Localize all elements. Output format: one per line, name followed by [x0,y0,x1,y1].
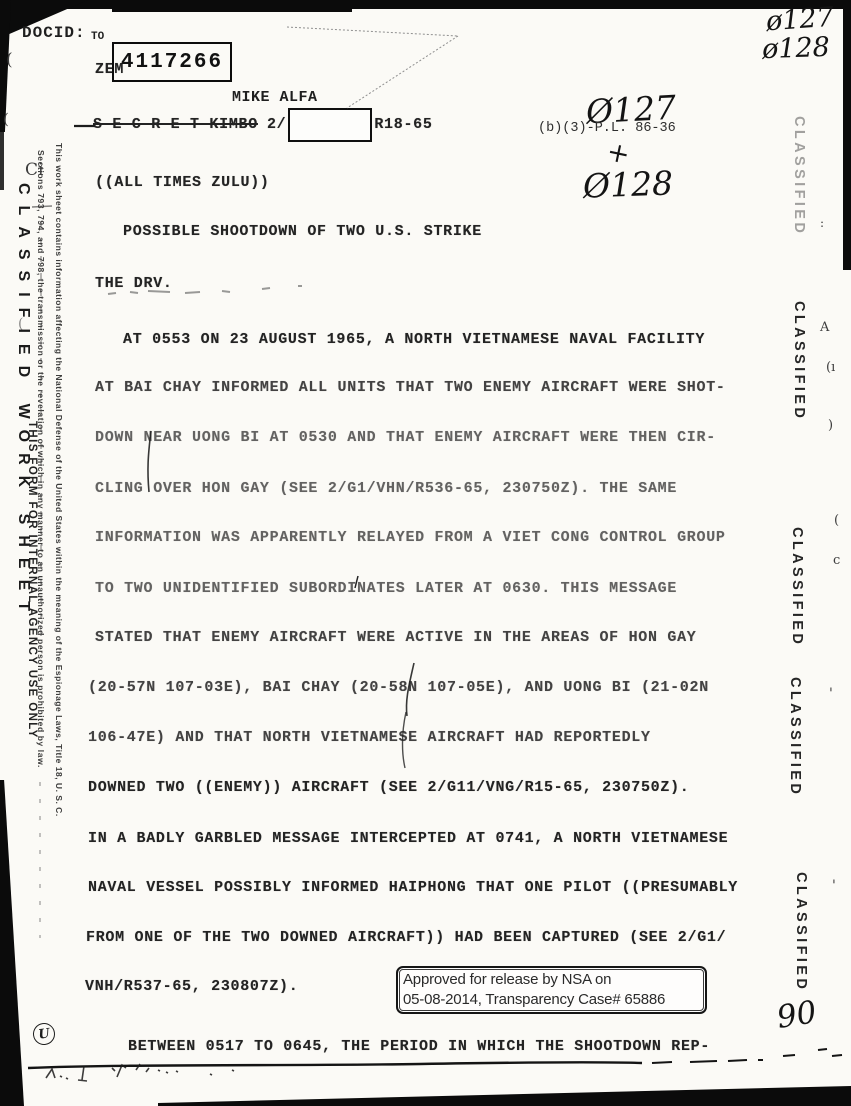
body-line: 106-47E) AND THAT NORTH VIETNAMESE AIRCR… [88,728,651,748]
classified-stamp: CLASSIFIED [789,527,805,647]
nsa-release-line-1: Approved for release by NSA on [403,970,705,990]
exemption-note: (b)(3)-P.L. 86-36 [538,121,851,136]
pencil-mark: (ı [826,360,835,375]
classification-line: S E C R E T KIMBO 2/ R18-65 [93,108,433,142]
body-line: INFORMATION WAS APPARENTLY RELAYED FROM … [95,528,726,548]
body-line: AT 0553 ON 23 AUGUST 1965, A NORTH VIETN… [123,330,705,350]
pencil-mark: ' [829,686,833,702]
pencil-mark: ) [828,418,833,433]
internal-agency-use-label: THIS FORM FOR INTERNAL AGENCY USE ONLY [26,421,38,739]
subject-line-1: POSSIBLE SHOOTDOWN OF TWO U.S. STRIKE [123,222,482,242]
scan-artifact-bottom-left-wedge [0,780,24,1106]
scan-artifact-top-bar-thick [112,0,352,12]
classified-stamp: CLASSIFIED [793,872,809,992]
circled-initial: U [37,1026,50,1042]
series-prefix: 2/ [267,115,286,135]
body-line: DOWN NEAR UONG BI AT 0530 AND THAT ENEMY… [95,428,716,448]
body-line: CLING OVER HON GAY (SEE 2/G1/VHN/R536-65… [95,479,677,499]
nsa-release-stamp: Approved for release by NSA on 05-08-201… [396,966,707,1014]
classified-stamp: CLASSIFIED [787,677,803,797]
times-note: ((ALL TIMES ZULU)) [95,173,270,193]
scan-artifact-bottom-right-wedge [158,1086,851,1106]
body-line: (20-57N 107-03E), BAI CHAY (20-58N 107-0… [88,678,709,698]
pencil-mark: Ci [25,160,43,180]
handwritten-page-number: 90 [774,994,819,1036]
pencil-mark: ( [834,513,839,528]
body-line: AT BAI CHAY INFORMED ALL UNITS THAT TWO … [95,378,726,398]
classified-stamp: CLASSIFIED [791,301,807,421]
pencil-mark: : [820,216,824,230]
body-line: FROM ONE OF THE TWO DOWNED AIRCRAFT)) HA… [86,928,726,948]
body-line: VNH/R537-65, 230807Z). [85,977,298,997]
handwritten-number-center-2: Ø128 [582,163,673,205]
redaction-box [288,108,372,142]
body-line: NAVAL VESSEL POSSIBLY INFORMED HAIPHONG … [88,878,738,898]
body-line: STATED THAT ENEMY AIRCRAFT WERE ACTIVE I… [95,628,697,648]
pencil-mark: ( [18,316,23,332]
pencil-mark: ( [6,50,13,70]
pencil-mark: A [820,320,829,335]
pencil-mark: c [833,553,840,568]
nsa-release-line-2: 05-08-2014, Transparency Case# 65886 [403,990,705,1010]
subject-line-2: THE DRV. [95,274,173,294]
body-line: DOWNED TWO ((ENEMY)) AIRCRAFT (SEE 2/G11… [88,778,690,798]
struck-classification: S E C R E T KIMBO [93,115,258,135]
body-last-line: BETWEEN 0517 TO 0645, THE PERIOD IN WHIC… [128,1037,710,1057]
scanned-document-page: DOCID: TO 4117266 MIKE ALFA (b)(3)-P.L. … [0,0,851,1106]
addressee: MIKE ALFA [232,89,851,106]
docid-number: 4117266 [121,51,223,74]
circled-initial-mark: U [32,1022,57,1047]
docid-number-box: 4117266 [112,42,232,82]
scan-artifact-left-streak [0,132,4,190]
pencil-mark: ' [832,878,836,894]
series-suffix: R18-65 [374,115,432,135]
body-line: IN A BADLY GARBLED MESSAGE INTERCEPTED A… [88,829,728,849]
pencil-mark: ( [3,110,9,128]
body-line: TO TWO UNIDENTIFIED SUBORDINATES LATER A… [95,579,677,599]
security-notice-line-1: This work sheet contains information aff… [54,143,64,817]
